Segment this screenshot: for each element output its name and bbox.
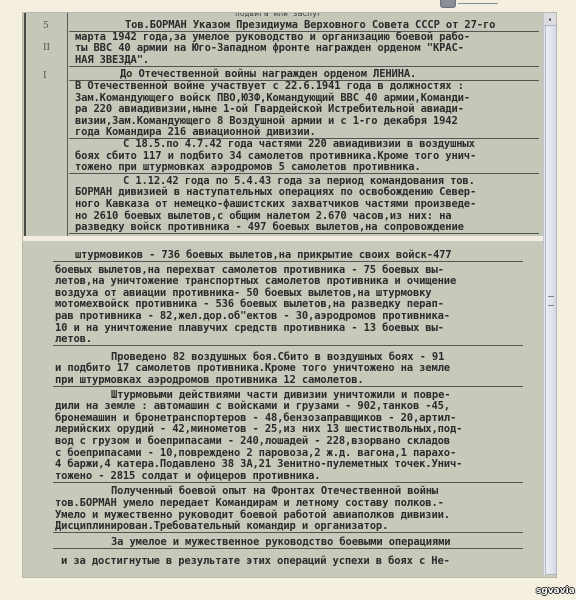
toolbar-button[interactable] [440,0,456,8]
document-text-line: За умелое и мужественное руководство бое… [55,536,450,548]
scroll-thumb[interactable] [545,25,557,575]
document-text-line: ра 220 авиадивизии,ныне 1-ой Гвардейской… [75,103,464,115]
underline-rule [69,66,539,67]
underline-rule [53,482,523,483]
margin-mark: I [43,71,47,81]
document-text-line: НАЯ ЗВЕЗДА". [75,54,149,66]
margin-line [67,13,68,236]
document-text-line: 4 баржи,4 катера.Подавлено 38 ЗА,21 Зени… [55,458,462,470]
document-text-line: тожено - 2815 солдат и офицеров противни… [55,470,320,482]
document-text-line: тожено при штурмовках аэродромов 5 самол… [75,161,421,173]
document-sheet-1: 5 II I подвига или заслуг Тов.БОРМАН Ука… [23,13,543,236]
vertical-scrollbar[interactable]: ▴ [543,13,556,575]
document-text-line: года Командира 216 авиационной дивизии. [75,126,316,138]
document-text-line: и за достигнутые в результате этих опера… [55,555,450,567]
document-text-line: С 18.5.по 4.7.42 года частями 220 авиади… [75,138,475,150]
document-text-line: но 2610 боевых вылетов,с общим налетом 2… [75,210,451,222]
document-text-line: летов. [55,333,92,345]
document-text-line: воздуха от авиации противника- 50 боевых… [55,287,431,299]
document-viewer[interactable]: 5 II I подвига или заслуг Тов.БОРМАН Ука… [22,12,557,578]
watermark: sgvavia [536,586,575,596]
document-text-line: штурмовиков - 736 боевых вылетов,на прик… [55,249,451,261]
document-text-line: Дисциплинирован.Требовательный командир … [55,520,388,532]
margin-mark: 5 [43,21,49,31]
document-text-line: Тов.БОРМАН Указом Президиума Верховного … [75,19,495,31]
document-text-line: Штурмовыми действиями части дивизии унич… [55,389,450,401]
document-text-line: марта 1942 года,за умелое руководство и … [75,31,470,43]
document-text-line: С 1.12.42 года по 5.4.43 года за период … [75,175,475,187]
document-text-line: 10 и на уничтожение плавучих средств про… [55,322,444,334]
document-text-line: визии,Зам.Командующего 8 Воздушной армии… [75,115,458,127]
document-text-line: при штурмовках аэродромов противника 12 … [55,374,364,386]
document-text-line: Умело и мужественно руководит боевой раб… [55,509,450,521]
underline-rule [69,233,539,234]
underline-rule [53,261,523,262]
header-note: подвига или заслуг [235,12,322,18]
document-text-line: рав противника - 82,жел.дор.об"ектов - 3… [55,310,450,322]
underline-rule [53,532,523,533]
underline-rule [53,345,523,346]
document-text-line: Проведено 82 воздушных боя.Сбито в возду… [55,351,444,363]
document-text-line: ного Кавказа от немецко-фашистских захва… [75,198,476,210]
grip-icon [548,296,554,306]
document-text-line: БОРМАН дивизией в наступательных операци… [75,186,476,198]
document-text-line: мотомехвойск противника - 536 боевых выл… [55,298,444,310]
document-text-line: дили на земле : автомашин с войсками и г… [55,400,450,412]
document-text-line: бронемашин и бронетранспортеров - 48,бен… [55,412,456,424]
document-text-line: Полученный боевой опыт на Фронтах Отечес… [55,485,438,497]
document-text-line: До Отечественной войны награжден орденом… [75,68,416,80]
document-text-line: вод с грузом и боеприпасами - 240,лошаде… [55,435,450,447]
document-text-line: летов,на уничтожение транспортных самоле… [55,275,456,287]
underline-rule [53,386,523,387]
document-text-line: В Отечественной войне участвует с 22.6.1… [75,80,464,92]
document-text-line: ты ВВС 40 армии на Юго-Западном фронте н… [75,42,464,54]
toolbar-link[interactable] [458,0,498,4]
document-text-line: боевых вылетов,на перехват самолетов про… [55,264,444,276]
underline-rule [53,548,523,549]
document-text-line: разведку войск противника - 497 боевых в… [75,221,464,233]
sheet-edge [24,13,26,236]
margin-mark: II [43,43,50,53]
document-text-line: тов.БОРМАН умело передает Командирам и л… [55,497,444,509]
document-text-line: лерийских орудий - 42,минометов - 25,из … [55,423,462,435]
document-text-line: Зам.Командующего войск ПВО,ЮЗФ,Командующ… [75,92,470,104]
document-text-line: с боеприпасами - 10,повреждено 2 паровоз… [55,447,456,459]
document-sheet-2: штурмовиков - 736 боевых вылетов,на прик… [23,241,543,577]
document-text-line: боях сбито 117 и подбито 34 самолетов пр… [75,150,476,162]
document-text-line: и подбито 17 самолетов противника.Кроме … [55,362,450,374]
